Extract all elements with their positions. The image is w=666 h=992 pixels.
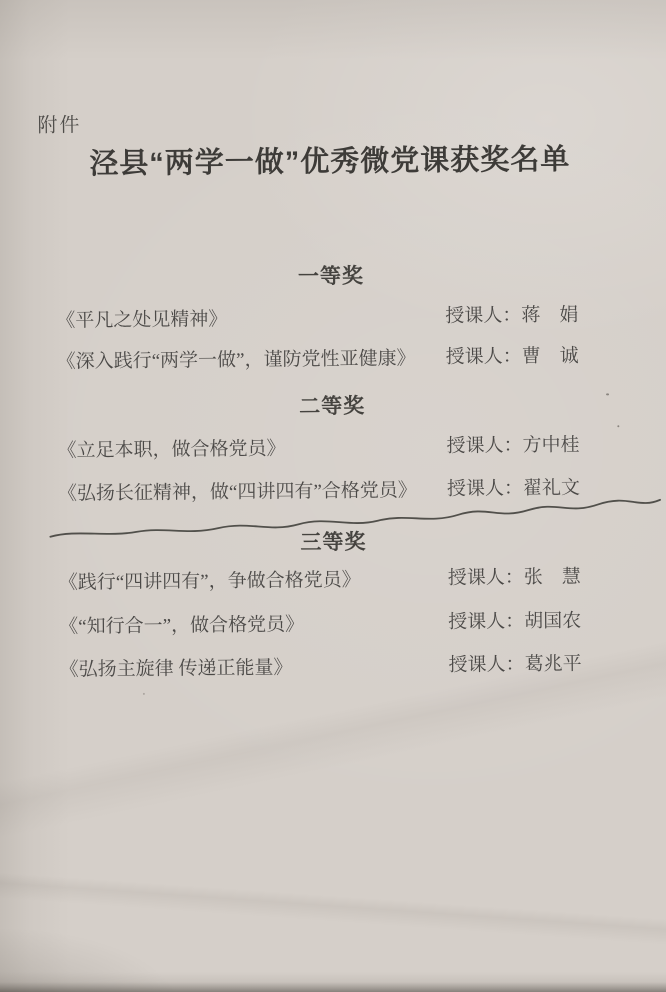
document-content: 附件 泾县“两学一做”优秀微党课获奖名单 一等奖 《平凡之处见精神》 授课人：蒋… bbox=[0, 0, 666, 992]
presenter-name: 葛兆平 bbox=[525, 654, 582, 676]
award-row: 《深入践行“两学一做”，谨防党性亚健康》 授课人：曹 诚 bbox=[57, 341, 657, 373]
work-title: 《弘扬主旋律 传递正能量》 bbox=[60, 652, 293, 681]
presenter-label: 授课人： bbox=[446, 346, 522, 368]
presenter: 授课人：张 慧 bbox=[448, 562, 581, 590]
award-row: 《“知行合一”，做合格党员》 授课人：胡国农 bbox=[59, 606, 659, 638]
presenter-label: 授课人： bbox=[446, 435, 522, 457]
presenter-label: 授课人： bbox=[449, 654, 525, 676]
presenter-label: 授课人： bbox=[448, 611, 524, 633]
work-title: 《“知行合一”，做合格党员》 bbox=[59, 609, 304, 638]
award-row: 《平凡之处见精神》 授课人：蒋 娟 bbox=[56, 300, 656, 332]
presenter: 授课人：胡国农 bbox=[448, 606, 581, 634]
presenter-name: 胡国农 bbox=[524, 611, 581, 633]
award-row: 《立足本职，做合格党员》 授课人：方中桂 bbox=[57, 430, 657, 462]
page-title: 泾县“两学一做”优秀微党课获奖名单 bbox=[0, 136, 663, 183]
ink-speck bbox=[617, 425, 619, 427]
section-heading-second-prize: 二等奖 bbox=[0, 387, 665, 423]
presenter: 授课人：葛兆平 bbox=[448, 649, 581, 677]
presenter-label: 授课人： bbox=[445, 305, 521, 327]
presenter: 授课人：曹 诚 bbox=[446, 341, 579, 369]
ink-speck bbox=[606, 393, 609, 395]
work-title: 《深入践行“两学一做”，谨防党性亚健康》 bbox=[57, 343, 416, 373]
presenter-name: 方中桂 bbox=[522, 435, 579, 457]
presenter: 授课人：方中桂 bbox=[446, 430, 579, 458]
presenter: 授课人：蒋 娟 bbox=[445, 300, 578, 328]
section-heading-first-prize: 一等奖 bbox=[0, 257, 664, 293]
ink-speck bbox=[143, 693, 145, 695]
presenter-name: 曹 诚 bbox=[522, 346, 579, 368]
photographed-document-page: 附件 泾县“两学一做”优秀微党课获奖名单 一等奖 《平凡之处见精神》 授课人：蒋… bbox=[0, 0, 666, 992]
award-row: 《弘扬主旋律 传递正能量》 授课人：葛兆平 bbox=[60, 649, 660, 681]
presenter-name: 张 慧 bbox=[524, 567, 581, 589]
presenter-label: 授课人： bbox=[448, 567, 524, 589]
section-heading-third-prize: 三等奖 bbox=[0, 523, 666, 559]
presenter-name: 蒋 娟 bbox=[521, 305, 578, 327]
work-title: 《践行“四讲四有”，争做合格党员》 bbox=[59, 565, 361, 595]
work-title: 《立足本职，做合格党员》 bbox=[57, 433, 285, 462]
work-title: 《平凡之处见精神》 bbox=[56, 304, 227, 333]
attachment-label: 附件 bbox=[37, 108, 81, 137]
award-row: 《践行“四讲四有”，争做合格党员》 授课人：张 慧 bbox=[59, 562, 659, 594]
